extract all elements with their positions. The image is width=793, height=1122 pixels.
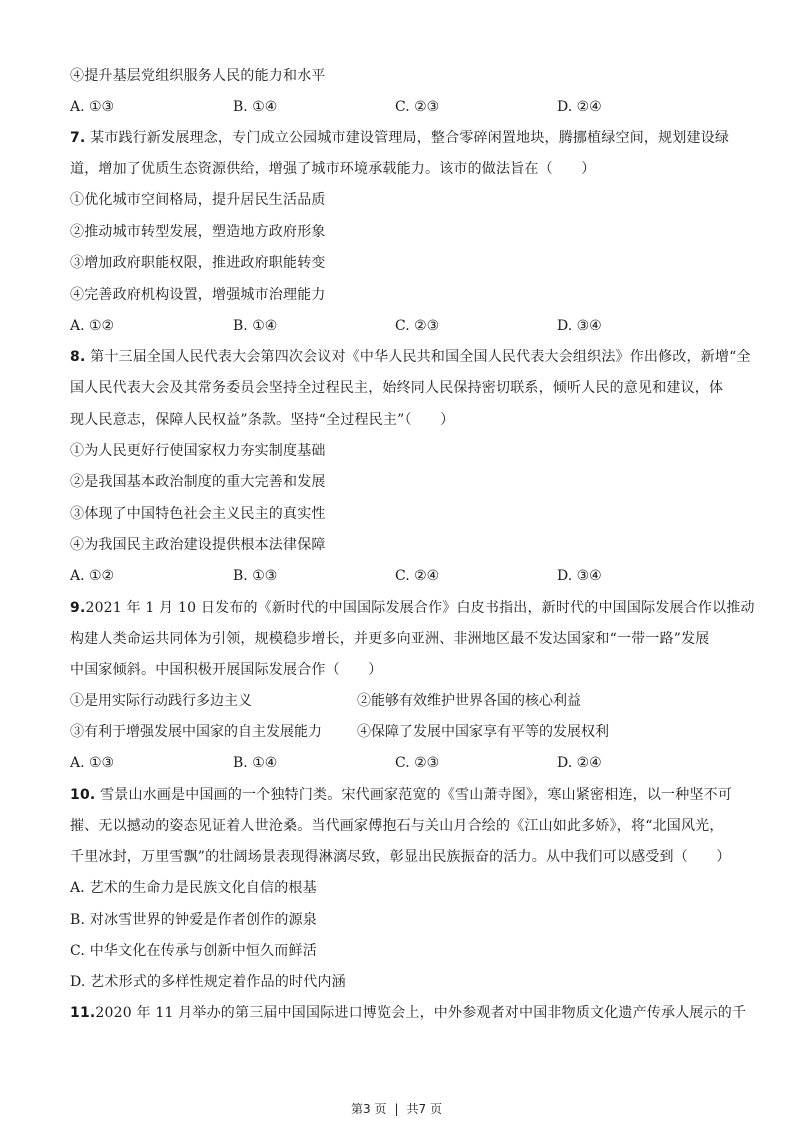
q9-option-b: B. ①④: [233, 753, 277, 773]
q9-option-c: C. ②③: [395, 753, 439, 773]
q9-stem-text-1: 2021 年 1 月 10 日发布的《新时代的中国国际发展合作》白皮书指出，新时…: [85, 600, 754, 616]
q8-stem-line-3: 现人民意志，保障人民权益”条款。坚持“全过程民主”（ ）: [70, 410, 454, 430]
q10-stem-line-2: 摧、无以撼动的姿态见证着人世沧桑。当代画家傅抱石与关山月合绘的《江山如此多娇》，…: [70, 816, 724, 836]
q8-number: 8.: [70, 349, 85, 365]
q9-stem-line-3: 中国家倾斜。中国积极开展国际发展合作（ ）: [70, 660, 382, 680]
q7-stem-line-2: 道，增加了优质生态资源供给，增强了城市环境承载能力。该市的做法旨在（ ）: [70, 159, 595, 179]
q10-stem-line-1: 10. 雪景山水画是中国画的一个独特门类。宋代画家范宽的《雪山萧寺图》，寒山紧密…: [70, 785, 732, 805]
q9-statement-4: ④保障了发展中国家享有平等的发展权利: [357, 722, 609, 742]
q11-stem-text-1: 2020 年 11 月举办的第三届中国国际进口博览会上，中外参观者对中国非物质文…: [95, 1005, 746, 1021]
q7-statement-1: ①优化城市空间格局，提升居民生活品质: [70, 190, 326, 210]
q8-option-b: B. ①③: [233, 566, 277, 586]
current-page: 第3 页: [351, 1102, 386, 1116]
q9-number: 9.: [70, 600, 85, 616]
q6-option-c: C. ②③: [395, 97, 439, 117]
q10-option-c: C. 中华文化在传承与创新中恒久而鲜活: [70, 941, 317, 961]
footer-separator: |: [394, 1102, 398, 1116]
q10-option-a: A. 艺术的生命力是民族文化自信的根基: [70, 878, 317, 898]
q10-stem-text-1: 雪景山水画是中国画的一个独特门类。宋代画家范宽的《雪山萧寺图》，寒山紧密相连，以…: [100, 787, 732, 803]
q9-stem-line-2: 构建人类命运共同体为引领，规模稳步增长，并更多向亚洲、非洲地区最不发达国家和“一…: [70, 629, 710, 649]
q9-option-a: A. ①③: [70, 753, 114, 773]
q7-number: 7.: [70, 130, 85, 146]
q8-option-a: A. ①②: [70, 566, 114, 586]
q9-stem-line-1: 9.2021 年 1 月 10 日发布的《新时代的中国国际发展合作》白皮书指出，…: [70, 598, 755, 618]
q8-stem-text-1: 第十三届全国人民代表大会第四次会议对《中华人民共和国全国人民代表大会组织法》作出…: [90, 349, 751, 365]
q8-statement-4: ④为我国民主政治建设提供根本法律保障: [70, 535, 326, 555]
q8-statement-2: ②是我国基本政治制度的重大完善和发展: [70, 472, 326, 492]
q11-number: 11.: [70, 1005, 95, 1021]
q9-option-d: D. ②④: [557, 753, 602, 773]
q6-option-b: B. ①④: [233, 97, 277, 117]
q7-option-a: A. ①②: [70, 316, 114, 336]
q7-stem-line-1: 7. 某市践行新发展理念，专门成立公园城市建设管理局，整合零碎闲置地块，腾挪植绿…: [70, 128, 729, 148]
q10-option-d: D. 艺术形式的多样性规定着作品的时代内涵: [70, 972, 346, 992]
q10-number: 10.: [70, 787, 95, 803]
q11-stem-line-1: 11.2020 年 11 月举办的第三届中国国际进口博览会上，中外参观者对中国非…: [70, 1003, 746, 1023]
q7-option-d: D. ③④: [557, 316, 602, 336]
q6-option-d: D. ②④: [557, 97, 602, 117]
q7-statement-4: ④完善政府机构设置，增强城市治理能力: [70, 285, 326, 305]
q6-statement-4: ④提升基层党组织服务人民的能力和水平: [70, 66, 326, 86]
q10-stem-line-3: 千里冰封，万里雪飘”的壮阔场景表现得淋漓尽致，彰显出民族振奋的活力。从中我们可以…: [70, 847, 731, 867]
q8-statement-1: ①为人民更好行使国家权力夯实制度基础: [70, 441, 326, 461]
q7-statement-2: ②推动城市转型发展，塑造地方政府形象: [70, 222, 326, 242]
q10-option-b: B. 对冰雪世界的钟爱是作者创作的源泉: [70, 910, 317, 930]
q8-stem-line-1: 8. 第十三届全国人民代表大会第四次会议对《中华人民共和国全国人民代表大会组织法…: [70, 347, 751, 367]
q8-option-c: C. ②④: [395, 566, 439, 586]
page-footer: 第3 页|共7 页: [0, 1100, 793, 1117]
q7-option-b: B. ①④: [233, 316, 277, 336]
q7-option-c: C. ②③: [395, 316, 439, 336]
q9-statement-2: ②能够有效维护世界各国的核心利益: [357, 691, 581, 711]
q9-statement-1: ①是用实际行动践行多边主义: [70, 691, 252, 711]
q8-statement-3: ③体现了中国特色社会主义民主的真实性: [70, 504, 326, 524]
exam-page: ④提升基层党组织服务人民的能力和水平 A. ①③ B. ①④ C. ②③ D. …: [0, 0, 793, 1122]
q8-stem-line-2: 国人民代表大会及其常务委员会坚持全过程民主，始终同人民保持密切联系，倾听人民的意…: [70, 378, 723, 398]
q6-option-a: A. ①③: [70, 97, 114, 117]
q8-option-d: D. ③④: [557, 566, 602, 586]
q7-stem-text-1: 某市践行新发展理念，专门成立公园城市建设管理局，整合零碎闲置地块，腾挪植绿空间，…: [90, 130, 729, 146]
q7-statement-3: ③增加政府职能权限，推进政府职能转变: [70, 253, 326, 273]
total-pages: 共7 页: [407, 1102, 442, 1116]
q9-statement-3: ③有利于增强发展中国家的自主发展能力: [70, 722, 322, 742]
